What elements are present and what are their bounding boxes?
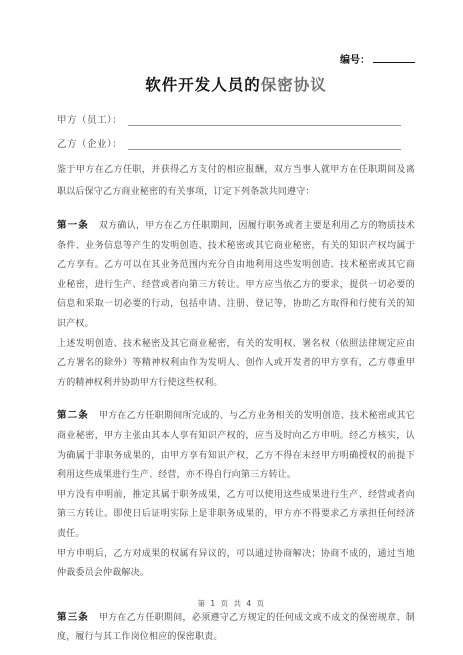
article-1-lead-paragraph: 第一条双方确认，甲方在乙方任职期间，因履行职务或者主要是利用乙方的物质技术条件、… bbox=[57, 216, 415, 335]
party-a-blank-line bbox=[128, 114, 401, 126]
party-b-label: 乙方（企业）： bbox=[57, 136, 122, 150]
party-b-blank-line bbox=[128, 138, 401, 150]
article-1: 第一条双方确认，甲方在乙方任职期间，因履行职务或者主要是利用乙方的物质技术条件、… bbox=[57, 216, 415, 393]
article-1-label: 第一条 bbox=[57, 220, 89, 231]
article-2-lead-text: 甲方在乙方任职期间所完成的、与乙方业务相关的发明创造、技术秘密或其它商业秘密，甲… bbox=[57, 411, 415, 480]
article-3: 第三条甲方在乙方任职期间，必须遵守乙方规定的任何成文或不成文的保密规章、制度，履… bbox=[57, 608, 415, 648]
article-2-label: 第二条 bbox=[57, 410, 89, 421]
intro-paragraph: 鉴于甲方在乙方任职，并获得乙方支付的相应报酬，双方当事人就甲方在任职期间及离职以… bbox=[57, 160, 415, 203]
party-a-label: 甲方（员工）： bbox=[57, 112, 122, 126]
doc-number-row: 编号： bbox=[57, 52, 415, 67]
article-2-lead-paragraph: 第二条甲方在乙方任职期间所完成的、与乙方业务相关的发明创造、技术秘密或其它商业秘… bbox=[57, 406, 415, 485]
article-2-paragraph: 甲方没有申明前，推定其属于职务成果，乙方可以使用这些成果进行生产、经营或者向第三… bbox=[57, 486, 415, 545]
contract-document-page: 编号： 软件开发人员的保密协议 甲方（员工）： 乙方（企业）： 鉴于甲方在乙方任… bbox=[0, 0, 463, 655]
page-number-footer: 第 1 页 共 4 页 bbox=[0, 598, 463, 609]
article-3-label: 第三条 bbox=[57, 612, 89, 623]
party-a-row: 甲方（员工）： bbox=[57, 112, 415, 126]
party-b-row: 乙方（企业）： bbox=[57, 136, 415, 150]
article-3-lead-text: 甲方在乙方任职期间，必须遵守乙方规定的任何成文或不成文的保密规章、制度，履行与其… bbox=[57, 613, 415, 643]
doc-title-highlight: 保密协议 bbox=[261, 76, 327, 94]
article-1-lead-text: 双方确认，甲方在乙方任职期间，因履行职务或者主要是利用乙方的物质技术条件、业务信… bbox=[57, 221, 415, 329]
doc-title: 软件开发人员的保密协议 bbox=[57, 74, 415, 96]
doc-number-blank-line bbox=[373, 52, 415, 63]
article-2: 第二条甲方在乙方任职期间所完成的、与乙方业务相关的发明创造、技术秘密或其它商业秘… bbox=[57, 406, 415, 583]
article-3-lead-paragraph: 第三条甲方在乙方任职期间，必须遵守乙方规定的任何成文或不成文的保密规章、制度，履… bbox=[57, 608, 415, 648]
doc-title-main: 软件开发人员的 bbox=[145, 76, 261, 94]
doc-number-label: 编号： bbox=[340, 55, 370, 66]
article-1-paragraph: 上述发明创造、技术秘密及其它商业秘密，有关的发明权、署名权（依照法律规定应由乙方… bbox=[57, 335, 415, 394]
party-block: 甲方（员工）： 乙方（企业）： bbox=[57, 112, 415, 150]
article-2-paragraph: 甲方申明后，乙方对成果的权属有异议的，可以通过协商解决；协商不成的，通过当地仲裁… bbox=[57, 545, 415, 584]
